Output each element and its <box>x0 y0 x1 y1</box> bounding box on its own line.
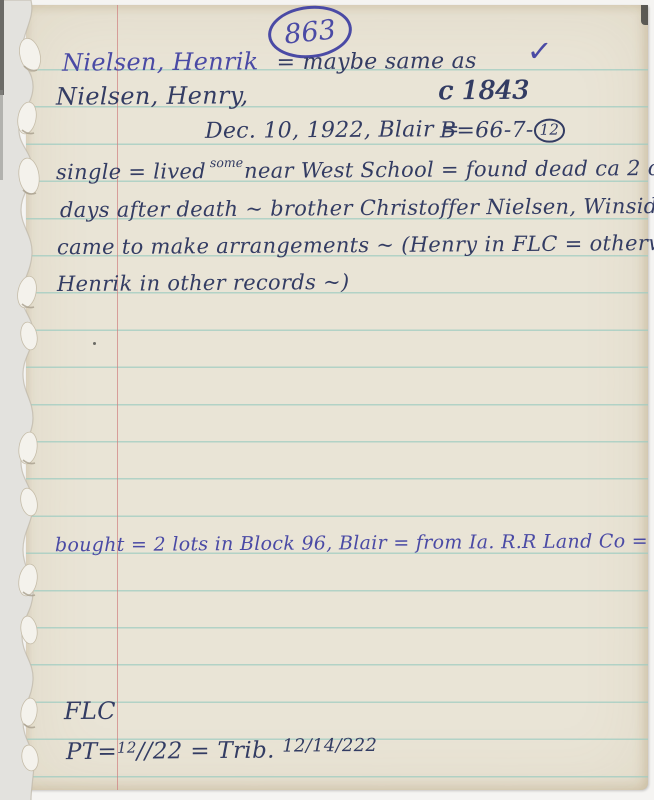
name-primary: Nielsen, Henrik <box>62 47 259 76</box>
ink-speck <box>93 342 96 345</box>
bought-lots-text: bought = 2 lots in Block 96, Blair = fro… <box>55 530 648 556</box>
handwriting-layer: 863 Nielsen, Henrik = maybe same as ✓ Ni… <box>0 0 654 800</box>
scanned-notebook-page: 863 Nielsen, Henrik = maybe same as ✓ Ni… <box>0 0 654 800</box>
death-date-line: Dec. 10, 1922, Blair = <box>205 117 460 144</box>
inserted-word: some <box>210 155 243 170</box>
circa-birth-year: c 1843 <box>438 76 529 107</box>
burial-plot-code: B=66-7- <box>440 118 534 144</box>
note-line-single: single = livedsomenear West School = fou… <box>56 156 654 184</box>
note-line-arrangements: came to make arrangements ~ (Henry in FL… <box>57 231 654 259</box>
flc-abbreviation: FLC <box>64 697 116 725</box>
entry-line-1: Nielsen, Henrik = maybe same as ✓ <box>62 40 552 78</box>
property-purchase-note: bought = 2 lots in Block 96, Blair = fro… <box>55 530 654 557</box>
pt-superscript: 12 <box>117 739 137 757</box>
pt-middle: //22 = Trib. <box>137 738 275 765</box>
name-secondary: Nielsen, Henry, <box>56 81 249 110</box>
pt-prefix: PT= <box>66 739 117 765</box>
note-line-henrik-records: Henrik in other records ~) <box>57 270 350 296</box>
note-line-days: days after death ~ brother Christoffer N… <box>60 194 654 222</box>
maybe-same-note: = maybe same as <box>276 49 476 75</box>
single-lived-text: single = lived <box>56 159 206 184</box>
west-school-text: near West School = found dead ca 2 or 3 <box>244 156 654 183</box>
burial-reference: B=66-7-12 <box>440 118 565 146</box>
tribune-reference: 12/14/222 <box>282 735 377 757</box>
burial-circled-number: 12 <box>533 119 565 143</box>
checkmark-icon: ✓ <box>525 34 553 71</box>
source-citation-line: PT=12//22 = Trib. 12/14/222 <box>66 737 377 765</box>
